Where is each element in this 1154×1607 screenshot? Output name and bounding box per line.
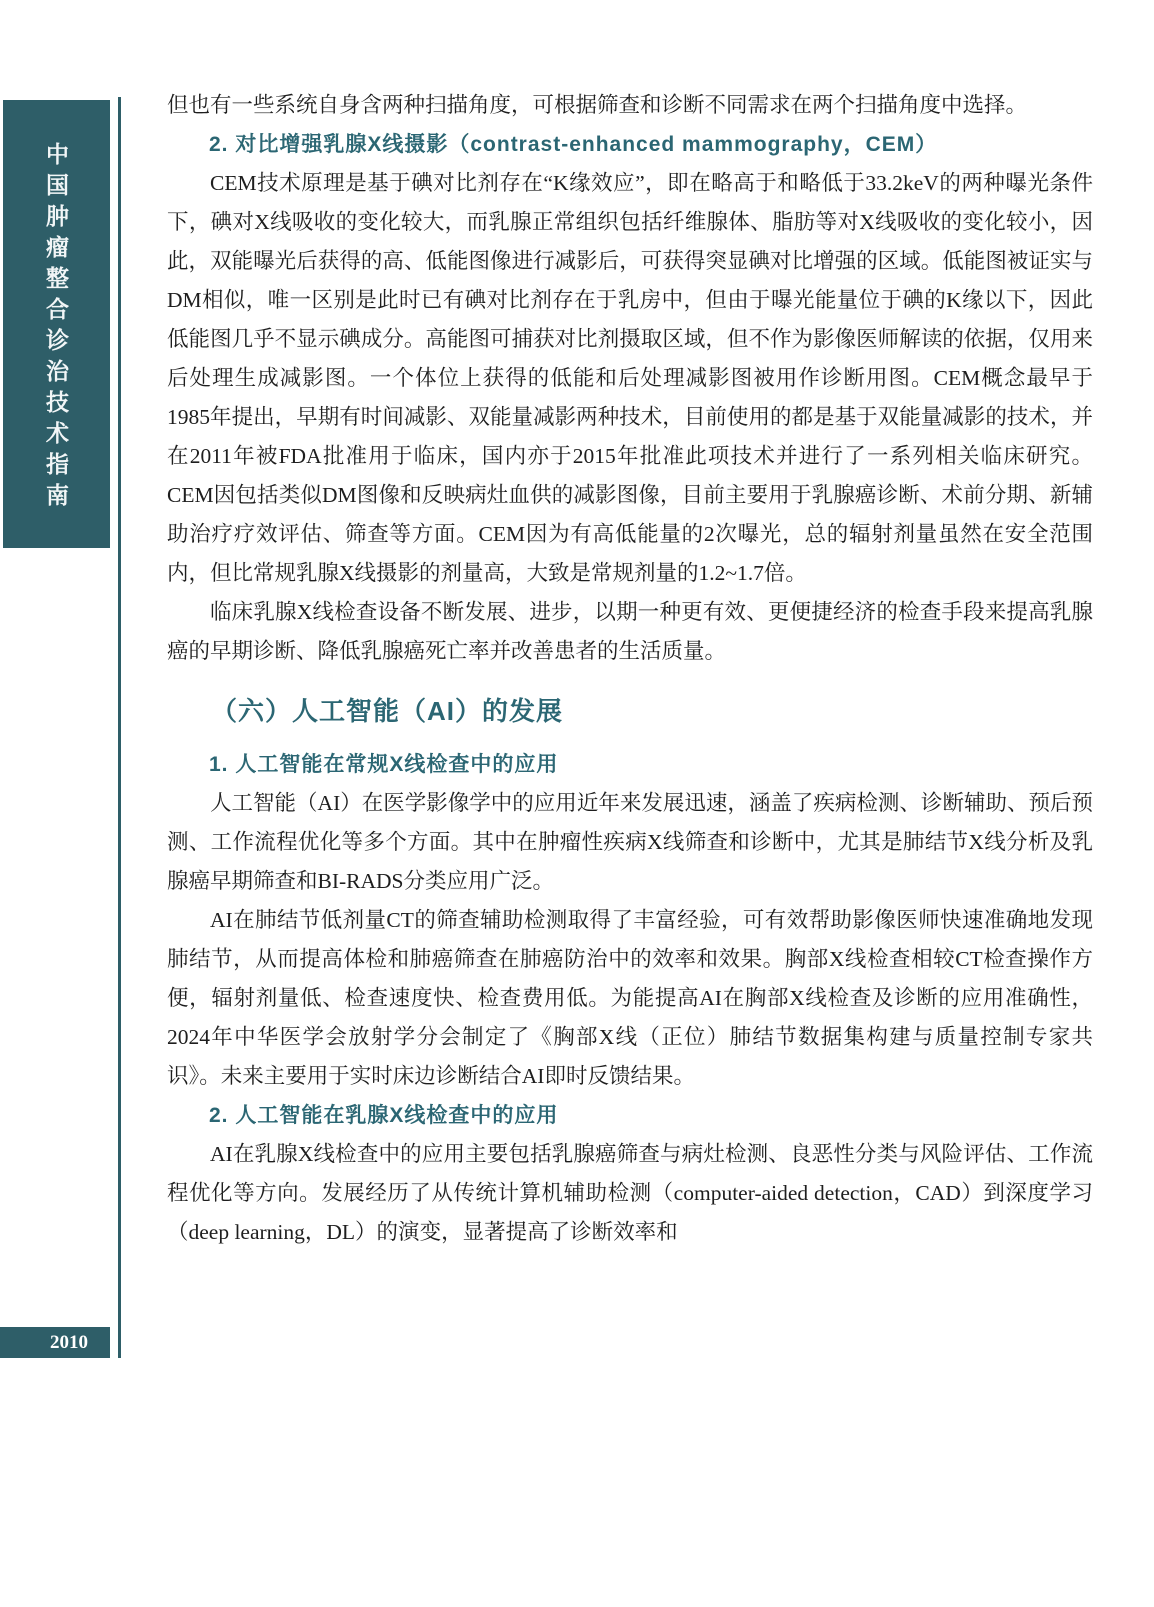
page-number-badge: 2010 [0,1327,110,1358]
paragraph-ai-imaging: 人工智能（AI）在医学影像学中的应用近年来发展迅速，涵盖了疾病检测、诊断辅助、预… [167,784,1093,901]
paragraph-ai-mammography: AI在乳腺X线检查中的应用主要包括乳腺癌筛查与病灶检测、良恶性分类与风险评估、工… [167,1135,1093,1252]
page-number: 2010 [50,1332,88,1354]
heading-cem: 2. 对比增强乳腺X线摄影（contrast-enhanced mammogra… [167,125,1093,164]
spine-divider-rule [118,97,121,1358]
paragraph-clinical-outlook: 临床乳腺X线检查设备不断发展、进步，以期一种更有效、更便捷经济的检查手段来提高乳… [167,593,1093,671]
page-body: 但也有一些系统自身含两种扫描角度，可根据筛查和诊断不同需求在两个扫描角度中选择。… [167,86,1093,1252]
document-page: 中国肿瘤整合诊治技术指南 2010 但也有一些系统自身含两种扫描角度，可根据筛查… [0,0,1154,1607]
paragraph-ai-lung-nodule: AI在肺结节低剂量CT的筛查辅助检测取得了丰富经验，可有效帮助影像医师快速准确地… [167,901,1093,1096]
heading-ai-mammography: 2. 人工智能在乳腺X线检查中的应用 [167,1096,1093,1135]
sidebar-spine: 中国肿瘤整合诊治技术指南 [3,100,110,548]
paragraph-scan-angle: 但也有一些系统自身含两种扫描角度，可根据筛查和诊断不同需求在两个扫描角度中选择。 [167,86,1093,125]
paragraph-cem-principle: CEM技术原理是基于碘对比剂存在“K缘效应”，即在略高于和略低于33.2keV的… [167,164,1093,593]
spine-title: 中国肿瘤整合诊治技术指南 [40,142,73,548]
heading-ai-conventional-xray: 1. 人工智能在常规X线检查中的应用 [167,745,1093,784]
section-heading-ai-development: （六）人工智能（AI）的发展 [167,695,1093,727]
